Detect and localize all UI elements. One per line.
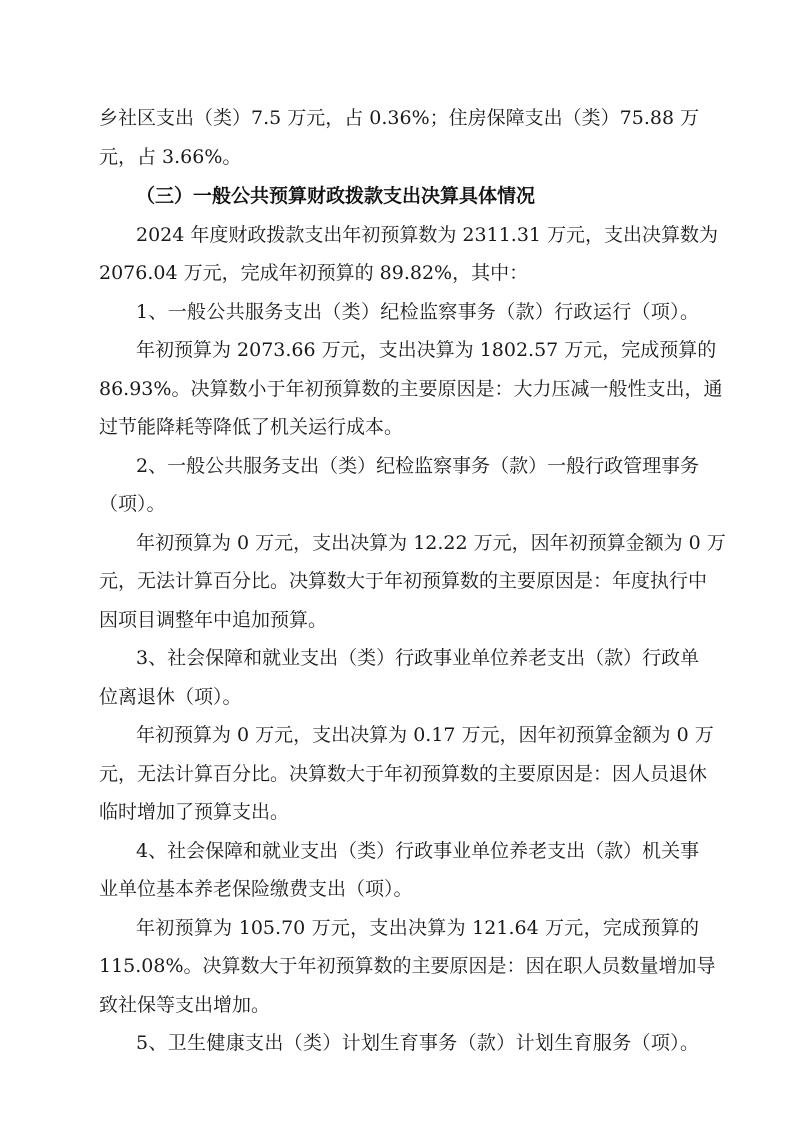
item-2-detail-line: 年初预算为 0 万元，支出决算为 12.22 万元，因年初预算金额为 0 万 (136, 531, 699, 555)
item-4-detail-line: 115.08%。决算数大于年初预算数的主要原因是：因在职人员数量增加导 (99, 954, 699, 978)
item-3-detail-line: 年初预算为 0 万元，支出决算为 0.17 万元，因年初预算金额为 0 万 (136, 723, 699, 747)
summary-paragraph-line: 2076.04 万元，完成年初预算的 89.82%，其中： (99, 261, 699, 285)
item-3-title: 位离退休（项）。 (99, 685, 699, 709)
item-4-detail-line: 致社保等支出增加。 (99, 993, 699, 1017)
item-1-detail-line: 86.93%。决算数小于年初预算数的主要原因是：大力压减一般性支出，通 (99, 377, 699, 401)
item-4-title: 4、社会保障和就业支出（类）行政事业单位养老支出（款）机关事 (136, 839, 699, 863)
paragraph-line: 乡社区支出（类）7.5 万元，占 0.36%；住房保障支出（类）75.88 万 (99, 106, 699, 130)
item-3-detail-line: 元，无法计算百分比。决算数大于年初预算数的主要原因是：因人员退休 (99, 762, 699, 786)
item-4-title: 业单位基本养老保险缴费支出（项）。 (99, 877, 699, 901)
item-2-detail-line: 因项目调整年中追加预算。 (99, 608, 699, 632)
item-4-detail-line: 年初预算为 105.70 万元，支出决算为 121.64 万元，完成预算的 (136, 916, 699, 940)
item-2-detail-line: 元，无法计算百分比。决算数大于年初预算数的主要原因是：年度执行中 (99, 569, 699, 593)
item-1-detail-line: 年初预算为 2073.66 万元，支出决算为 1802.57 万元，完成预算的 (136, 338, 699, 362)
item-1-detail-line: 过节能降耗等降低了机关运行成本。 (99, 415, 699, 439)
item-2-title: 2、一般公共服务支出（类）纪检监察事务（款）一般行政管理事务 (136, 454, 699, 478)
item-2-title: （项）。 (99, 492, 699, 516)
paragraph-line: 元，占 3.66%。 (99, 145, 699, 169)
section-heading: （三）一般公共预算财政拨款支出决算具体情况 (136, 184, 535, 208)
item-3-title: 3、社会保障和就业支出（类）行政事业单位养老支出（款）行政单 (136, 646, 699, 670)
item-3-detail-line: 临时增加了预算支出。 (99, 800, 699, 824)
document-page: 乡社区支出（类）7.5 万元，占 0.36%；住房保障支出（类）75.88 万 … (0, 0, 793, 1122)
item-5-title: 5、卫生健康支出（类）计划生育事务（款）计划生育服务（项）。 (136, 1031, 699, 1055)
item-1-title: 1、一般公共服务支出（类）纪检监察事务（款）行政运行（项）。 (136, 300, 699, 324)
summary-paragraph-line: 2024 年度财政拨款支出年初预算数为 2311.31 万元，支出决算数为 (136, 223, 699, 247)
